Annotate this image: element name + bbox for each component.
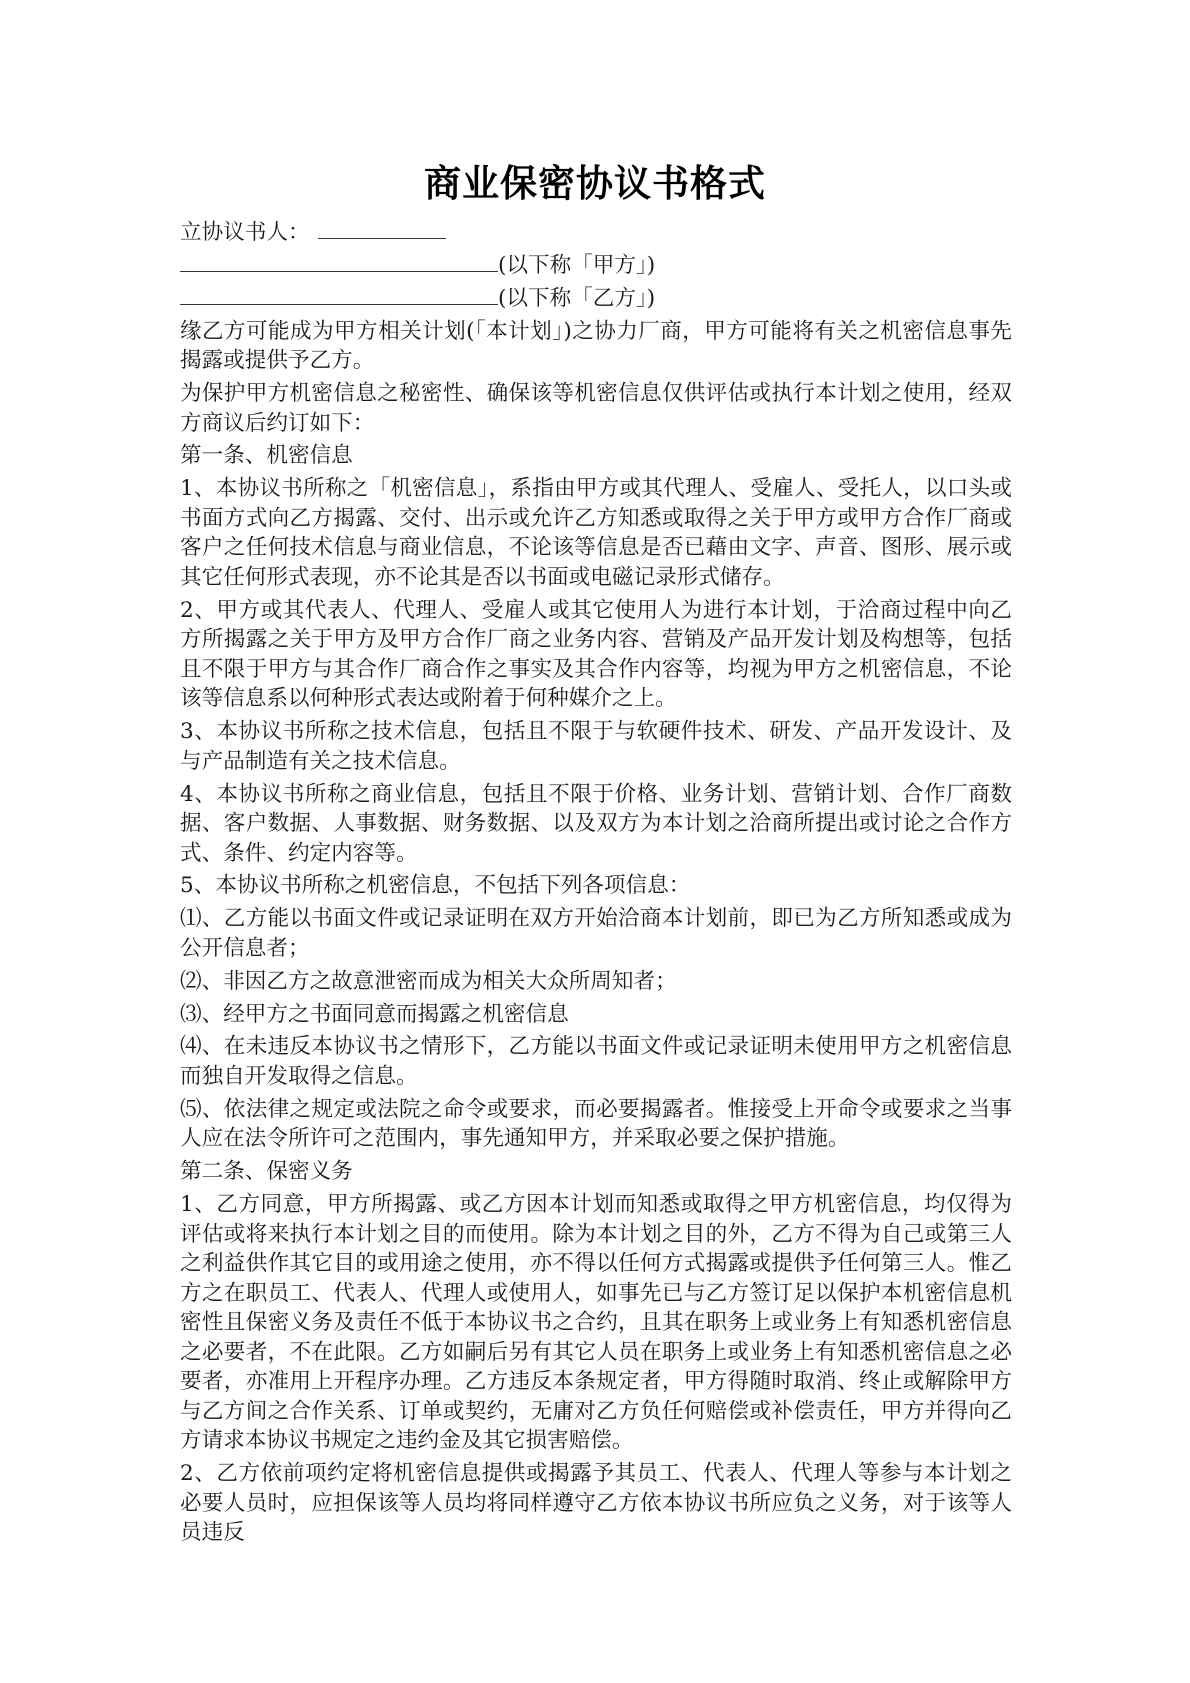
party-a-suffix: (以下称「甲方」) <box>498 253 655 278</box>
signer-line: 立协议书人： <box>180 218 1012 248</box>
clause-paragraph: 4、本协议书所称之商业信息，包括且不限于价格、业务计划、营销计划、合作厂商数据、… <box>180 780 1012 869</box>
document-page: 商业保密协议书格式 立协议书人： (以下称「甲方」) (以下称「乙方」) 缘乙方… <box>0 0 1190 1683</box>
exclusion-item: ⑷、在未违反本协议书之情形下，乙方能以书面文件或记录证明未使用甲方之机密信息而独… <box>180 1032 1012 1091</box>
party-a-blank <box>180 251 498 272</box>
signer-blank <box>318 218 446 239</box>
preamble-paragraph: 为保护甲方机密信息之秘密性、确保该等机密信息仅供评估或执行本计划之使用，经双方商… <box>180 379 1012 438</box>
clause-paragraph: 3、本协议书所称之技术信息，包括且不限于与软硬件技术、研发、产品开发设计、及与产… <box>180 717 1012 776</box>
clause-paragraph: 2、乙方依前项约定将机密信息提供或揭露予其员工、代表人、代理人等参与本计划之必要… <box>180 1459 1012 1548</box>
clause-paragraph: 5、本协议书所称之机密信息，不包括下列各项信息： <box>180 871 1012 901</box>
document-title: 商业保密协议书格式 <box>0 160 1190 208</box>
clause-paragraph: 2、甲方或其代表人、代理人、受雇人或其它使用人为进行本计划，于洽商过程中向乙方所… <box>180 596 1012 714</box>
exclusion-item: ⑴、乙方能以书面文件或记录证明在双方开始洽商本计划前，即已为乙方所知悉或成为公开… <box>180 904 1012 963</box>
exclusion-item: ⑵、非因乙方之故意泄密而成为相关大众所周知者； <box>180 967 1012 997</box>
party-a-line: (以下称「甲方」) <box>180 251 1012 281</box>
clause-paragraph: 1、本协议书所称之「机密信息」，系指由甲方或其代理人、受雇人、受托人，以口头或书… <box>180 474 1012 592</box>
party-b-line: (以下称「乙方」) <box>180 284 1012 314</box>
party-b-suffix: (以下称「乙方」) <box>498 286 655 311</box>
exclusion-item: ⑶、经甲方之书面同意而揭露之机密信息 <box>180 1000 1012 1030</box>
document-body: 立协议书人： (以下称「甲方」) (以下称「乙方」) 缘乙方可能成为甲方相关计划… <box>180 218 1012 1551</box>
exclusion-item: ⑸、依法律之规定或法院之命令或要求，而必要揭露者。惟接受上开命令或要求之当事人应… <box>180 1095 1012 1154</box>
preamble-paragraph: 缘乙方可能成为甲方相关计划(「本计划」)之协力厂商，甲方可能将有关之机密信息事先… <box>180 317 1012 376</box>
signer-label: 立协议书人： <box>180 220 310 245</box>
article-heading: 第二条、保密义务 <box>180 1157 1012 1187</box>
article-heading: 第一条、机密信息 <box>180 441 1012 471</box>
party-b-blank <box>180 284 498 305</box>
clause-paragraph: 1、乙方同意，甲方所揭露、或乙方因本计划而知悉或取得之甲方机密信息，均仅得为评估… <box>180 1190 1012 1456</box>
